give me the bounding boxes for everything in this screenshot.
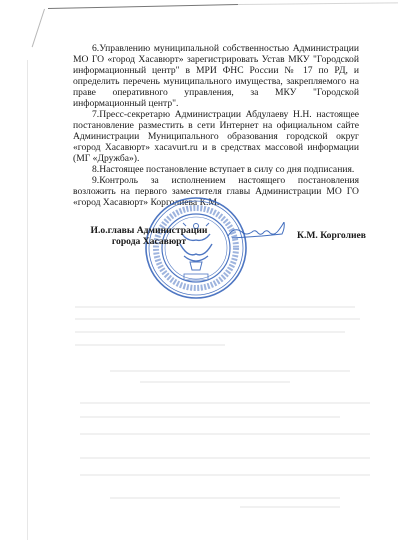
paragraph-6: 6.Управлению муниципальной собственность…: [73, 43, 359, 109]
paragraph-7-text: 7.Пресс-секретарю Администрации Абдулаев…: [73, 109, 359, 164]
signatory-name: К.М. Корголиев: [297, 230, 366, 241]
document-body: 6.Управлению муниципальной собственность…: [73, 43, 359, 208]
paragraph-6-text: 6.Управлению муниципальной собственность…: [73, 43, 359, 109]
handwritten-signature-icon: [226, 222, 296, 244]
paragraph-7: 7.Пресс-секретарю Администрации Абдулаев…: [73, 109, 359, 164]
paragraph-8: 8.Настоящее постановление вступает в сил…: [73, 164, 359, 175]
scan-page-edge-left-faint: [27, 60, 28, 540]
scan-page-edge-top: [48, 4, 238, 9]
scan-page-edge-left: [32, 9, 45, 47]
official-stamp-icon: [144, 196, 248, 300]
signatory-title: И.о.главы Администрации города Хасавюрт: [84, 225, 214, 247]
paragraph-8-text: 8.Настоящее постановление вступает в сил…: [92, 164, 354, 175]
signatory-title-line1: И.о.главы Администрации: [84, 225, 214, 236]
signatory-title-line2: города Хасавюрт: [84, 236, 214, 247]
scan-page-edge-top-faint: [238, 2, 398, 5]
